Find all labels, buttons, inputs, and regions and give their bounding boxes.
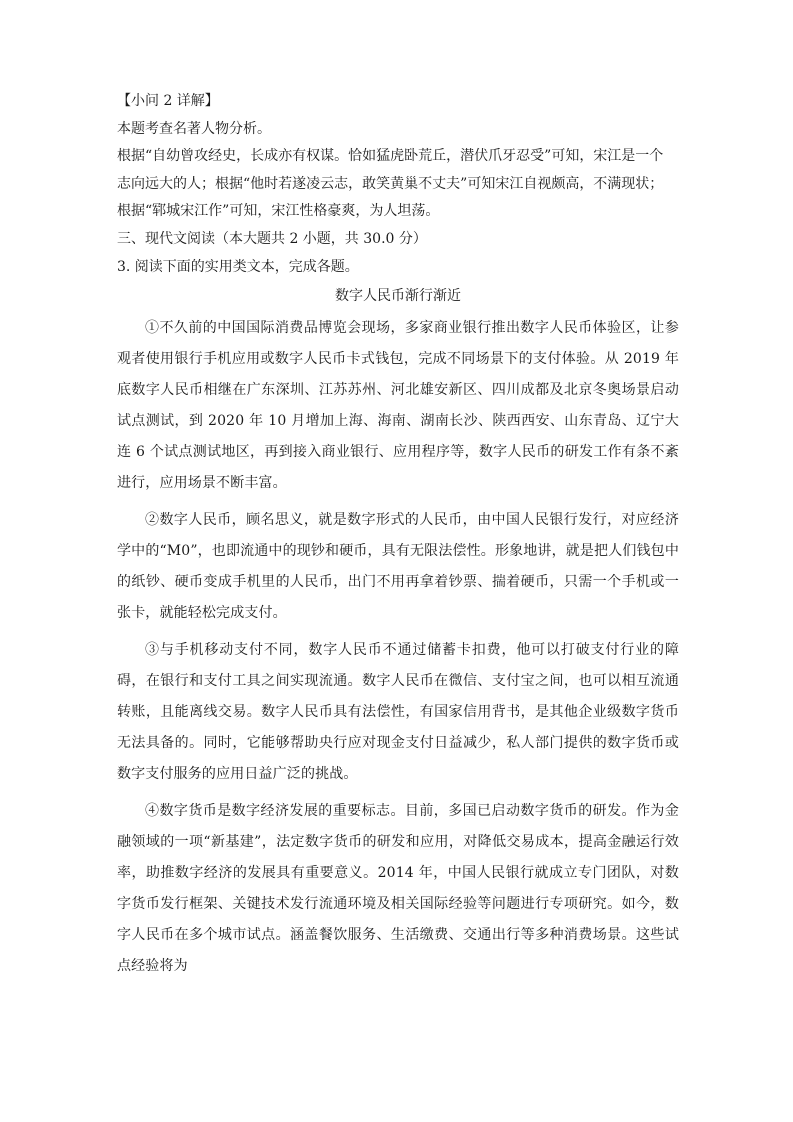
article-paragraph-1: ①不久前的中国国际消费品博览会现场，多家商业银行推出数字人民币体验区，让参观者使… (117, 313, 679, 499)
section-heading: 三、现代文阅读（本大题共 2 小题，共 30.0 分） (117, 226, 679, 254)
article-paragraph-4: ④数字货币是数字经济发展的重要标志。目前，多国已启动数字货币的研发。作为金融领域… (117, 796, 679, 982)
analysis-line: 根据“郓城宋江作”可知，宋江性格豪爽，为人坦荡。 (117, 198, 679, 226)
article-title: 数字人民币渐行渐近 (117, 281, 679, 311)
answer-heading: 【小问 2 详解】 (117, 88, 679, 116)
analysis-line: 志向远大的人；根据“他时若遂凌云志，敢笑黄巢不丈夫”可知宋江自视颇高，不满现状； (117, 171, 679, 199)
analysis-line: 根据“自幼曾攻经史，长成亦有权谋。恰如猛虎卧荒丘，潜伏爪牙忍受”可知，宋江是一个 (117, 143, 679, 171)
answer-topic: 本题考查名著人物分析。 (117, 116, 679, 144)
article-paragraph-3: ③与手机移动支付不同，数字人民币不通过储蓄卡扣费，他可以打破支付行业的障碍，在银… (117, 635, 679, 790)
document-page: 【小问 2 详解】 本题考查名著人物分析。 根据“自幼曾攻经史，长成亦有权谋。恰… (117, 88, 679, 988)
question-prompt: 3. 阅读下面的实用类文本，完成各题。 (117, 254, 679, 282)
article-paragraph-2: ②数字人民币，顾名思义，就是数字形式的人民币，由中国人民银行发行，对应经济学中的… (117, 505, 679, 629)
